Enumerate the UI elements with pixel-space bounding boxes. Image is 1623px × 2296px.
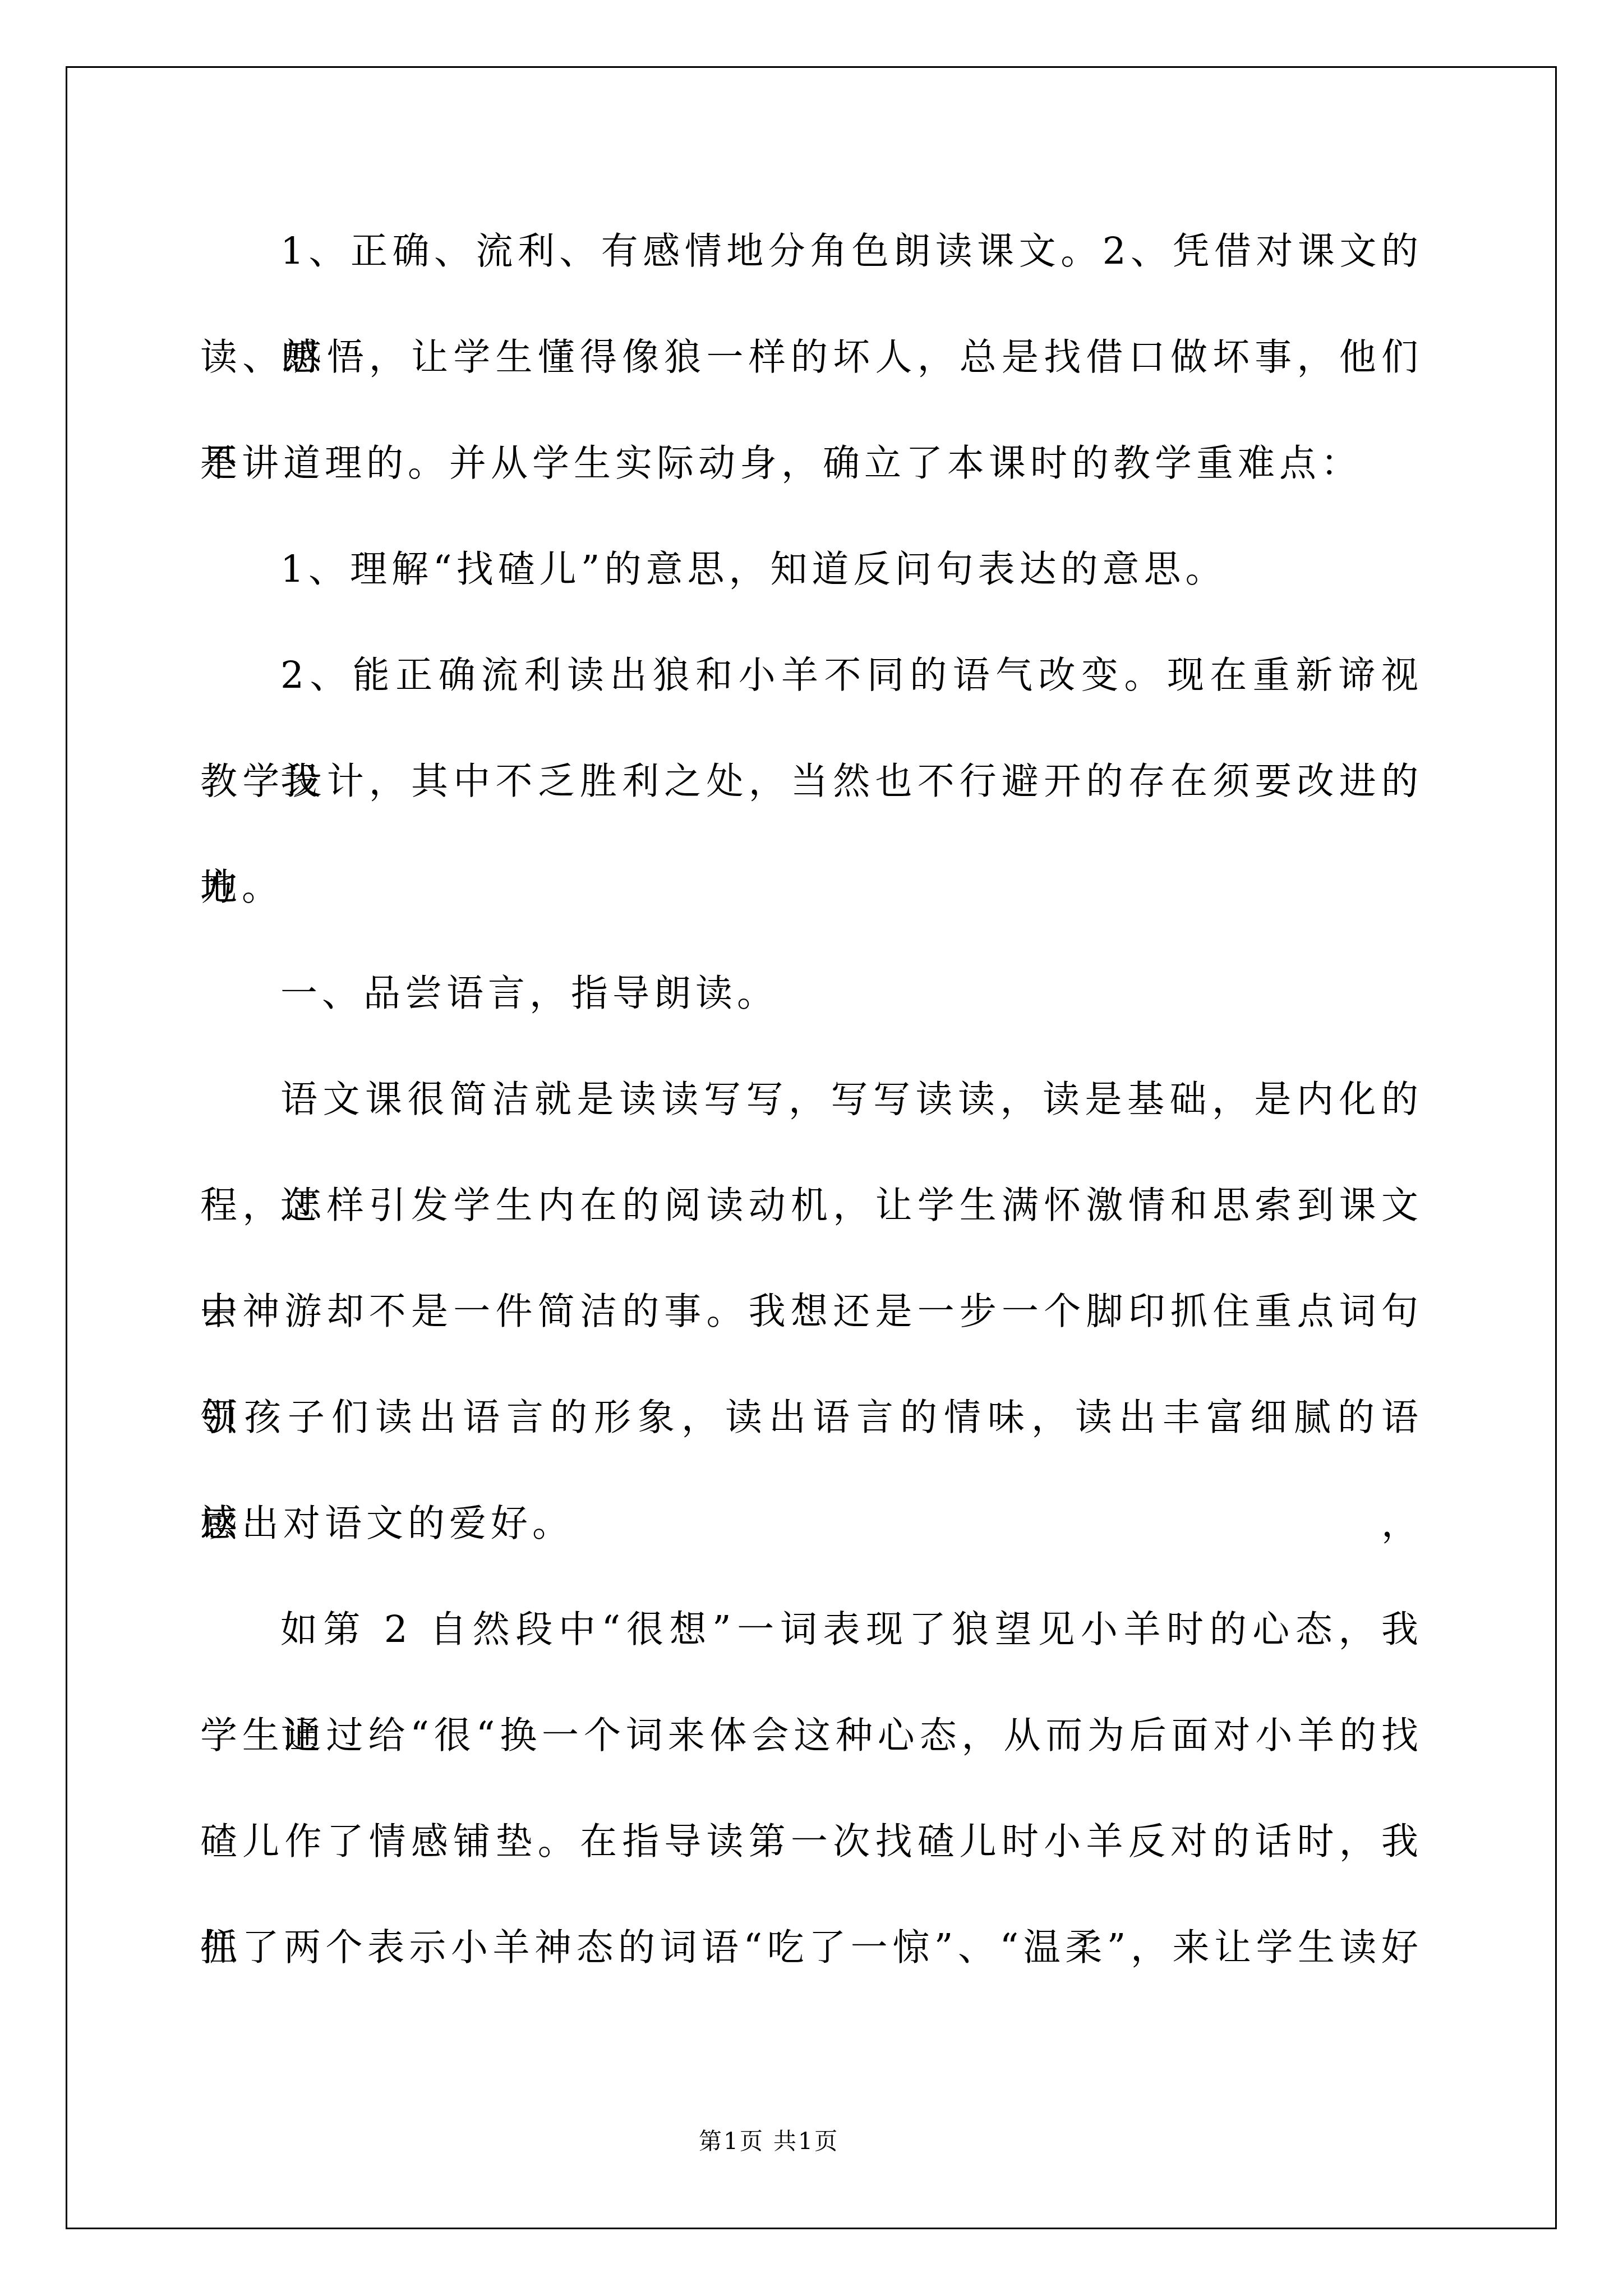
text-line: 程，怎样引发学生内在的阅读动机，让学生满怀激情和思索到课文中 (200, 1152, 1423, 1258)
text-line: 碴儿作了情感铺垫。在指导读第一次找碴儿时小羊反对的话时，我抓 (200, 1788, 1423, 1894)
page-footer: 第1页 共1页 (699, 2127, 839, 2156)
text-line: 读、感悟，让学生懂得像狼一样的坏人，总是找借口做坏事，他们是 (200, 304, 1423, 410)
text-line: 一、品尝语言，指导朗读。 (200, 940, 1423, 1046)
text-line: 不讲道理的。并从学生实际动身，确立了本课时的教学重难点： (200, 410, 1423, 516)
document-page: 1、正确、流利、有感情地分角色朗读课文。2、凭借对课文的朗 读、感悟，让学生懂得… (0, 0, 1623, 2296)
text-line: 方。 (200, 834, 1423, 940)
text-line: 学生通过给“很“换一个词来体会这种心态，从而为后面对小羊的找 (200, 1682, 1423, 1788)
text-line: 教学设计，其中不乏胜利之处，当然也不行避开的存在须要改进的地 (200, 728, 1423, 834)
text-line: 2、能正确流利读出狼和小羊不同的语气改变。现在重新谛视我的 (200, 622, 1423, 728)
text-line: 语文课很简洁就是读读写写，写写读读，读是基础，是内化的过 (200, 1046, 1423, 1152)
text-line: 1、理解“找碴儿”的意思，知道反问句表达的意思。 (200, 516, 1423, 622)
text-line: 1、正确、流利、有感情地分角色朗读课文。2、凭借对课文的朗 (200, 198, 1423, 304)
text-line: 如第 2 自然段中“很想”一词表现了狼望见小羊时的心态，我让 (200, 1576, 1423, 1682)
text-line: 去神游却不是一件简洁的事。我想还是一步一个脚印抓住重点词句引 (200, 1258, 1423, 1364)
document-body: 1、正确、流利、有感情地分角色朗读课文。2、凭借对课文的朗 读、感悟，让学生懂得… (200, 198, 1423, 2000)
text-line: 领孩子们读出语言的形象，读出语言的情味，读出丰富细腻的语感， (200, 1364, 1423, 1470)
text-line: 住了两个表示小羊神态的词语“吃了一惊”、“温柔”，来让学生读好 (200, 1894, 1423, 2000)
